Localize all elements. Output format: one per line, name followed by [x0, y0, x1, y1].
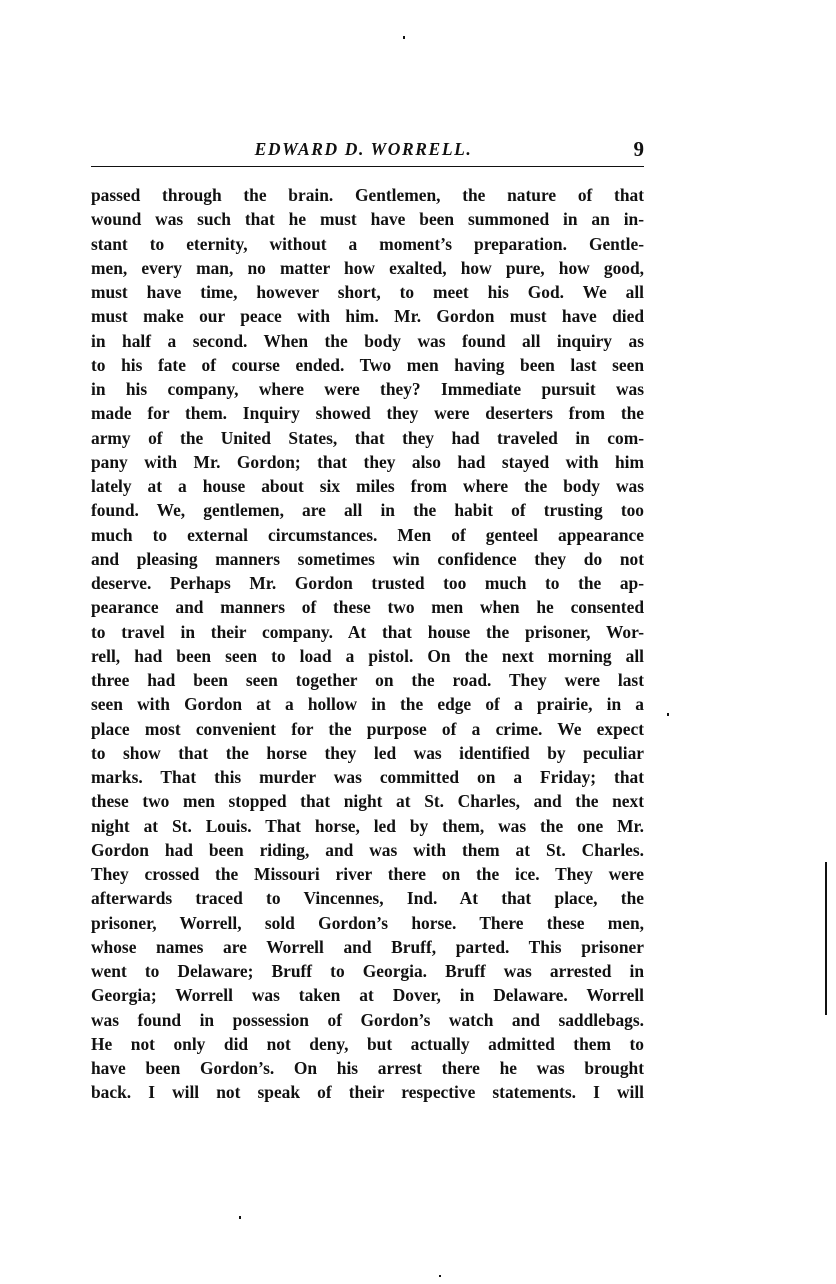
body-text: passed through the brain. Gentlemen, the… — [91, 183, 644, 1105]
text-line: army of the United States, that they had… — [91, 426, 644, 450]
scan-speck — [439, 1275, 441, 1277]
text-line: Georgia; Worrell was taken at Dover, in … — [91, 983, 644, 1007]
text-line: in his company, where were they? Immedia… — [91, 377, 644, 401]
text-line: afterwards traced to Vincennes, Ind. At … — [91, 886, 644, 910]
text-line: wound was such that he must have been su… — [91, 207, 644, 231]
text-line: back. I will not speak of their respecti… — [91, 1080, 644, 1104]
text-line: rell, had been seen to load a pistol. On… — [91, 644, 644, 668]
scan-speck — [403, 36, 405, 39]
text-line: and pleasing manners sometimes win confi… — [91, 547, 644, 571]
text-line: to his fate of course ended. Two men hav… — [91, 353, 644, 377]
text-line: must have time, however short, to meet h… — [91, 280, 644, 304]
text-line: men, every man, no matter how exalted, h… — [91, 256, 644, 280]
text-line: these two men stopped that night at St. … — [91, 789, 644, 813]
text-line: They crossed the Missouri river there on… — [91, 862, 644, 886]
text-line: have been Gordon’s. On his arrest there … — [91, 1056, 644, 1080]
text-line: made for them. Inquiry showed they were … — [91, 401, 644, 425]
text-line: deserve. Perhaps Mr. Gordon trusted too … — [91, 571, 644, 595]
text-line: was found in possession of Gordon’s watc… — [91, 1008, 644, 1032]
text-line: whose names are Worrell and Bruff, parte… — [91, 935, 644, 959]
text-line: in half a second. When the body was foun… — [91, 329, 644, 353]
text-line: marks. That this murder was committed on… — [91, 765, 644, 789]
text-line: pearance and manners of these two men wh… — [91, 595, 644, 619]
text-line: seen with Gordon at a hollow in the edge… — [91, 692, 644, 716]
running-head: EDWARD D. WORRELL. 9 — [91, 137, 644, 163]
text-line: prisoner, Worrell, sold Gordon’s horse. … — [91, 911, 644, 935]
text-line: passed through the brain. Gentlemen, the… — [91, 183, 644, 207]
text-line: lately at a house about six miles from w… — [91, 474, 644, 498]
text-line: He not only did not deny, but actually a… — [91, 1032, 644, 1056]
text-line: night at St. Louis. That horse, led by t… — [91, 814, 644, 838]
text-line: to show that the horse they led was iden… — [91, 741, 644, 765]
page-number: 9 — [634, 136, 645, 162]
scan-speck — [239, 1216, 241, 1219]
text-line: went to Delaware; Bruff to Georgia. Bruf… — [91, 959, 644, 983]
running-title: EDWARD D. WORRELL. — [91, 137, 644, 161]
text-line: Gordon had been riding, and was with the… — [91, 838, 644, 862]
text-line: must make our peace with him. Mr. Gordon… — [91, 304, 644, 328]
text-line: found. We, gentlemen, are all in the hab… — [91, 498, 644, 522]
text-line: place most convenient for the purpose of… — [91, 717, 644, 741]
scan-margin-bar — [825, 862, 827, 1015]
header-rule — [91, 166, 644, 167]
text-line: pany with Mr. Gordon; that they also had… — [91, 450, 644, 474]
text-line: three had been seen together on the road… — [91, 668, 644, 692]
text-line: to travel in their company. At that hous… — [91, 620, 644, 644]
document-page: EDWARD D. WORRELL. 9 passed through the … — [0, 0, 836, 1284]
text-line: much to external circumstances. Men of g… — [91, 523, 644, 547]
text-line: stant to eternity, without a moment’s pr… — [91, 232, 644, 256]
scan-speck — [667, 713, 669, 716]
